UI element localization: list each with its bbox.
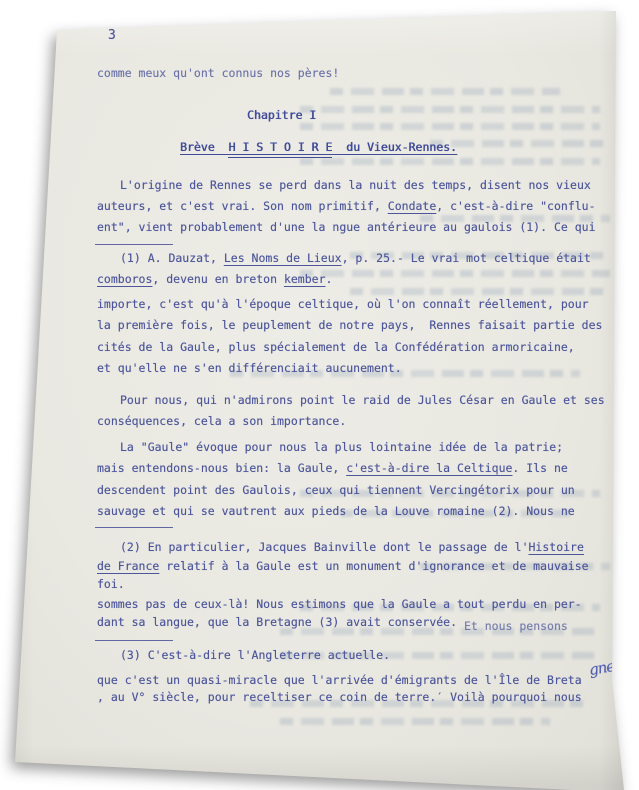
text-segment: (3) C'est-à-dire l'Angleterre actuelle. xyxy=(120,648,390,662)
text-segment: L'origine de Rennes se perd dans la nuit… xyxy=(120,178,591,192)
text-segment: , p. 25.- Le vrai mot celtique était xyxy=(342,251,591,265)
text-line: Pour nous, qui n'admirons point le raid … xyxy=(120,393,605,407)
text-segment: descendent point des Gaulois, ceux qui t… xyxy=(97,483,575,497)
text-segment: sommes pas de ceux-là! Nous estimons que… xyxy=(97,597,582,611)
text-segment: comme meux qu'ont connus nos pères! xyxy=(97,66,339,80)
text-segment: du Vieux-Rennes. xyxy=(332,140,457,154)
text-segment: auteurs, et c'est vrai. Son nom primitif… xyxy=(97,199,388,213)
text-line: (1) A. Dauzat, Les Noms de Lieux, p. 25.… xyxy=(120,251,591,265)
text-line: importe, c'est qu'à l'époque celtique, o… xyxy=(97,297,589,311)
footnote-rule xyxy=(95,640,173,641)
text-segment: sauvage et qui se vautrent aux pieds de … xyxy=(97,504,575,518)
bleed-through-line xyxy=(300,123,600,130)
text-segment: Chapitre I xyxy=(247,108,316,122)
text-line: conséquences, cela a son importance. xyxy=(97,414,346,428)
text-segment: comboros xyxy=(97,272,152,286)
text-line: sauvage et qui se vautrent aux pieds de … xyxy=(97,504,575,518)
text-line: comboros, devenu en breton kember. xyxy=(97,272,332,286)
text-line: de France relatif à la Gaule est un monu… xyxy=(97,559,589,573)
text-segment: Et nous pensons xyxy=(464,619,568,633)
footnote-rule xyxy=(95,244,173,245)
text-line: L'origine de Rennes se perd dans la nuit… xyxy=(120,178,591,192)
bleed-through-line xyxy=(300,106,600,113)
text-line: cités de la Gaule, plus spécialement de … xyxy=(97,340,575,354)
handwritten-annotation: gne xyxy=(588,657,616,679)
photo-backdrop: 3comme meux qu'ont connus nos pères!Chap… xyxy=(0,0,639,790)
text-line: et qu'elle ne s'en différenciait aucunem… xyxy=(97,361,402,375)
paper-shadow: 3comme meux qu'ont connus nos pères!Chap… xyxy=(0,0,639,790)
text-line: auteurs, et c'est vrai. Son nom primitif… xyxy=(97,199,596,213)
text-line: , au V° siècle, pour receltiser ce coin … xyxy=(97,690,582,704)
text-line: sommes pas de ceux-là! Nous estimons que… xyxy=(97,597,582,611)
bleed-through-line xyxy=(300,158,600,165)
text-segment: Pour nous, qui n'admirons point le raid … xyxy=(120,393,605,407)
text-segment: foi. xyxy=(97,577,125,591)
text-segment: (2) En particulier, Jacques Bainville do… xyxy=(120,540,529,554)
text-segment: ent", vient probablement d'une la ngue a… xyxy=(97,220,596,234)
text-segment: relatif à la Gaule est un monument d'ign… xyxy=(159,559,588,573)
text-segment: H I S T O I R E xyxy=(228,140,332,158)
text-segment: Histoire xyxy=(529,540,584,554)
text-line: ent", vient probablement d'une la ngue a… xyxy=(97,220,596,234)
text-segment: Condate xyxy=(388,199,436,213)
text-segment: 3 xyxy=(108,28,116,43)
bleed-through-line xyxy=(430,140,610,147)
text-line: foi. xyxy=(97,577,125,591)
text-segment: Brève xyxy=(180,140,228,154)
text-segment: de France xyxy=(97,559,159,573)
bleed-through-line xyxy=(300,270,610,277)
text-line: La "Gaule" évoque pour nous la plus loin… xyxy=(120,440,563,454)
text-segment: . Ils ne xyxy=(512,461,567,475)
text-segment: kember xyxy=(284,272,326,286)
footnote-rule xyxy=(95,527,173,528)
text-segment: c'est-à-dire la Celtique xyxy=(346,461,512,475)
text-line: descendent point des Gaulois, ceux qui t… xyxy=(97,483,575,497)
text-line: mais entendons-nous bien: la Gaule, c'es… xyxy=(97,461,568,475)
text-line: comme meux qu'ont connus nos pères! xyxy=(97,66,339,80)
text-segment: dant sa langue, que la Bretagne (3) avai… xyxy=(97,615,464,629)
document-page: 3comme meux qu'ont connus nos pères!Chap… xyxy=(0,0,639,790)
text-line: la première fois, le peuplement de notre… xyxy=(97,318,602,332)
text-line: Brève H I S T O I R E du Vieux-Rennes. xyxy=(180,140,457,154)
text-segment: et qu'elle ne s'en différenciait aucunem… xyxy=(97,361,402,375)
text-segment: la première fois, le peuplement de notre… xyxy=(97,318,602,332)
text-segment: La "Gaule" évoque pour nous la plus loin… xyxy=(120,440,563,454)
text-segment: mais entendons-nous bien: la Gaule, xyxy=(97,461,346,475)
text-segment: importe, c'est qu'à l'époque celtique, o… xyxy=(97,297,589,311)
text-segment: , au V° siècle, pour receltiser ce coin … xyxy=(97,690,582,704)
text-line: Chapitre I xyxy=(247,108,316,122)
text-segment: , devenu en breton xyxy=(152,272,284,286)
text-segment: cités de la Gaule, plus spécialement de … xyxy=(97,340,575,354)
bleed-through-line xyxy=(350,288,605,295)
bleed-through-line xyxy=(280,718,550,725)
text-line: que c'est un quasi-miracle que l'arrivée… xyxy=(97,673,582,687)
text-segment: que c'est un quasi-miracle que l'arrivée… xyxy=(97,673,582,687)
text-segment: , c'est-à-dire "conflu- xyxy=(436,199,595,213)
text-line: (2) En particulier, Jacques Bainville do… xyxy=(120,540,584,554)
text-line: 3 xyxy=(108,29,116,43)
text-segment: Les Noms de Lieux xyxy=(224,251,342,265)
text-line: (3) C'est-à-dire l'Angleterre actuelle. xyxy=(120,648,390,662)
text-segment: conséquences, cela a son importance. xyxy=(97,414,346,428)
bleed-through-line xyxy=(330,88,560,95)
text-line: dant sa langue, que la Bretagne (3) avai… xyxy=(97,615,568,629)
text-segment: (1) A. Dauzat, xyxy=(120,251,224,265)
text-segment: . xyxy=(326,272,333,286)
